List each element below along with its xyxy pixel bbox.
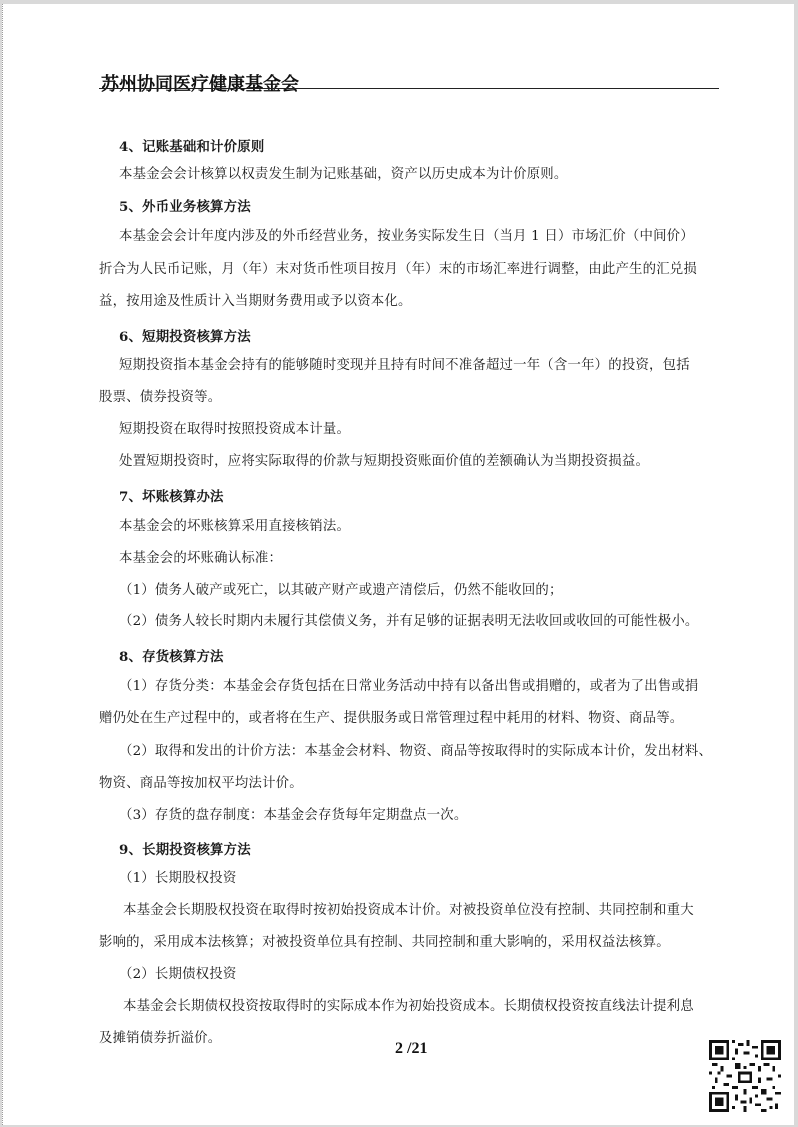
section-heading-9: 9、长期投资核算方法	[119, 839, 251, 858]
paragraph-line: 本基金会会计核算以权责发生制为记账基础，资产以历史成本为计价原则。	[119, 163, 568, 182]
subsection-heading: （2）长期债权投资	[119, 963, 236, 982]
section-heading-5: 5、外币业务核算方法	[119, 196, 251, 215]
paragraph-line: 本基金会会计年度内涉及的外币经营业务，按业务实际发生日（当月 1 日）市场汇价（…	[119, 225, 694, 244]
section-heading-8: 8、存货核算方法	[119, 646, 224, 665]
paragraph-line: 股票、债券投资等。	[99, 386, 221, 405]
paragraph-line: 本基金会的坏账确认标准：	[119, 547, 282, 566]
paragraph-line: （2）债务人较长时期内未履行其偿债义务，并有足够的证据表明无法收回或收回的可能性…	[119, 610, 699, 629]
section-heading-6: 6、短期投资核算方法	[119, 326, 251, 345]
section-heading-7: 7、坏账核算办法	[119, 486, 224, 505]
page-number: 2 /21	[395, 1040, 427, 1058]
paragraph-line: 短期投资指本基金会持有的能够随时变现并且持有时间不准备超过一年（含一年）的投资，…	[119, 354, 690, 373]
qr-code-icon	[709, 1040, 781, 1112]
paragraph-line: 本基金会长期债权投资按取得时的实际成本作为初始投资成本。长期债权投资按直线法计提…	[123, 995, 694, 1014]
paragraph-line: 及摊销债券折溢价。	[99, 1027, 221, 1046]
paragraph-line: 本基金会的坏账核算采用直接核销法。	[119, 515, 350, 534]
paragraph-line: （3）存货的盘存制度：本基金会存货每年定期盘点一次。	[119, 804, 467, 823]
subsection-heading: （1）长期股权投资	[119, 867, 236, 886]
paragraph-line: （1）债务人破产或死亡，以其破产财产或遗产清偿后，仍然不能收回的；	[119, 579, 563, 598]
document-page: 苏州协同医疗健康基金会 4、记账基础和计价原则 本基金会会计核算以权责发生制为记…	[2, 4, 794, 1125]
paragraph-line: 益，按用途及性质计入当期财务费用或予以资本化。	[99, 290, 412, 309]
paragraph-line: （2）取得和发出的计价方法：本基金会材料、物资、商品等按取得时的实际成本计价，发…	[119, 740, 712, 759]
section-heading-4: 4、记账基础和计价原则	[119, 136, 264, 155]
paragraph-line: 物资、商品等按加权平均法计价。	[99, 772, 303, 791]
paragraph-line: 处置短期投资时，应将实际取得的价款与短期投资账面价值的差额确认为当期投资损益。	[119, 450, 649, 469]
paragraph-line: 短期投资在取得时按照投资成本计量。	[119, 418, 350, 437]
organization-header: 苏州协同医疗健康基金会	[101, 70, 299, 96]
paragraph-line: 本基金会长期股权投资在取得时按初始投资成本计价。对被投资单位没有控制、共同控制和…	[123, 899, 694, 918]
paragraph-line: 赠仍处在生产过程中的，或者将在生产、提供服务或日常管理过程中耗用的材料、物资、商…	[99, 707, 683, 726]
header-divider	[99, 88, 719, 89]
paragraph-line: 折合为人民币记账，月（年）末对货币性项目按月（年）末的市场汇率进行调整，由此产生…	[99, 258, 697, 277]
paragraph-line: 影响的，采用成本法核算；对被投资单位具有控制、共同控制和重大影响的，采用权益法核…	[99, 931, 670, 950]
paragraph-line: （1）存货分类：本基金会存货包括在日常业务活动中持有以备出售或捐赠的，或者为了出…	[119, 675, 699, 694]
